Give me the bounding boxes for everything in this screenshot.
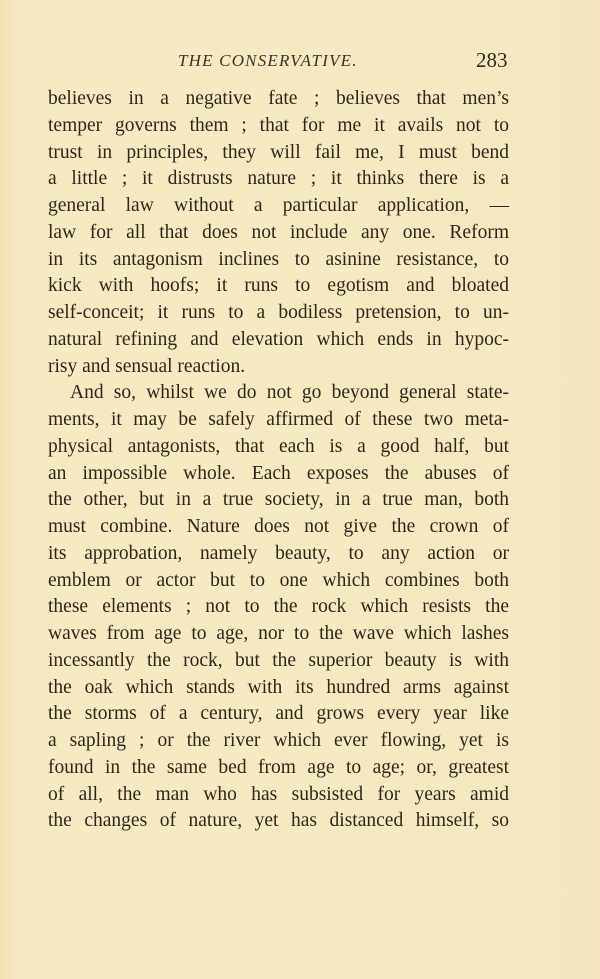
page-number: 283 [476, 48, 508, 73]
text-line: a sapling ; or the river which ever flow… [48, 728, 509, 755]
text-line: a little ; it distrusts nature ; it thin… [48, 166, 509, 193]
text-line: an impossible whole. Each exposes the ab… [48, 461, 509, 488]
text-line: trust in principles, they will fail me, … [48, 140, 509, 167]
text-line: found in the same bed from age to age; o… [48, 755, 509, 782]
text-line: the oak which stands with its hundred ar… [48, 675, 509, 702]
body-text: believes in a negative fate ; believes t… [48, 86, 509, 862]
text-line: of all, the man who has subsisted for ye… [48, 782, 509, 809]
paragraph-1: believes in a negative fate ; believes t… [48, 86, 509, 380]
text-line: the changes of nature, yet has distanced… [48, 808, 509, 835]
text-line: kick with hoofs; it runs to egotism and … [48, 273, 509, 300]
text-line: believes in a negative fate ; believes t… [48, 86, 509, 113]
text-line: law for all that does not include any on… [48, 220, 509, 247]
text-line: ments, it may be safely affirmed of thes… [48, 407, 509, 434]
text-line: And so, whilst we do not go beyond gener… [48, 380, 509, 407]
running-head: THE CONSERVATIVE. 283 [0, 46, 600, 76]
text-line: emblem or actor but to one which combine… [48, 568, 509, 595]
text-line [48, 835, 509, 862]
text-line: physical antagonists, that each is a goo… [48, 434, 509, 461]
text-line: natural refining and elevation which end… [48, 327, 509, 354]
text-line: incessantly the rock, but the superior b… [48, 648, 509, 675]
text-line: risy and sensual reaction. [48, 354, 509, 381]
text-line: self-conceit; it runs to a bodiless pret… [48, 300, 509, 327]
book-page: THE CONSERVATIVE. 283 believes in a nega… [0, 0, 600, 979]
text-line: the other, but in a true society, in a t… [48, 487, 509, 514]
text-line: the storms of a century, and grows every… [48, 701, 509, 728]
text-line: temper governs them ; that for me it ava… [48, 113, 509, 140]
text-line: its approbation, namely beauty, to any a… [48, 541, 509, 568]
text-line: these elements ; not to the rock which r… [48, 594, 509, 621]
text-line: must combine. Nature does not give the c… [48, 514, 509, 541]
text-line: in its antagonism inclines to asinine re… [48, 247, 509, 274]
text-line: general law without a particular applica… [48, 193, 509, 220]
text-line: waves from age to age, nor to the wave w… [48, 621, 509, 648]
paragraph-2: And so, whilst we do not go beyond gener… [48, 380, 509, 862]
running-title: THE CONSERVATIVE. [178, 51, 358, 71]
